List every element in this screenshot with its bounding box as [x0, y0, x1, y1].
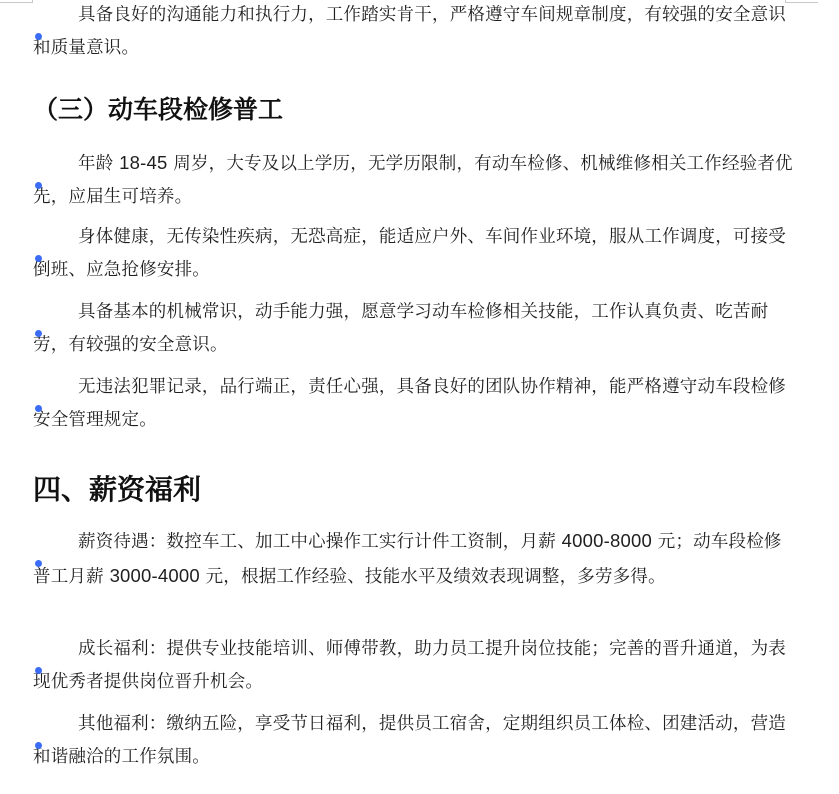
bullet-icon	[35, 667, 42, 674]
bullet-icon	[35, 33, 42, 40]
list-item: 具备基本的机械常识，动手能力强，愿意学习动车检修相关技能，工作认真负责、吃苦耐劳…	[33, 296, 773, 362]
bullet-icon	[35, 182, 42, 189]
section-heading: （三）动车段检修普工	[33, 92, 283, 128]
list-item: 具备良好的沟通能力和执行力，工作踏实肯干，严格遵守车间规章制度，有较强的安全意识…	[33, 0, 793, 65]
bullet-icon	[35, 560, 42, 567]
list-item: 其他福利：缴纳五险，享受节日福利，提供员工宿舍，定期组织员工体检、团建活动，营造…	[33, 708, 793, 774]
list-item: 身体健康，无传染性疾病，无恐高症，能适应户外、车间作业环境，服从工作调度，可接受…	[33, 221, 793, 287]
list-item: 薪资待遇：数控车工、加工中心操作工实行计件工资制，月薪 4000-8000 元；…	[33, 524, 793, 594]
section-heading: 四、薪资福利	[33, 470, 201, 510]
list-item: 成长福利：提供专业技能培训、师傅带教，助力员工提升岗位技能；完善的晋升通道，为表…	[33, 633, 793, 699]
list-item: 年龄 18-45 周岁，大专及以上学历，无学历限制，有动车检修、机械维修相关工作…	[33, 146, 793, 214]
bullet-icon	[35, 742, 42, 749]
bullet-icon	[35, 405, 42, 412]
page-crop-mark	[0, 2, 32, 3]
list-item: 无违法犯罪记录，品行端正，责任心强，具备良好的团队协作精神，能严格遵守动车段检修…	[33, 371, 793, 437]
bullet-icon	[35, 255, 42, 262]
bullet-icon	[35, 330, 42, 337]
